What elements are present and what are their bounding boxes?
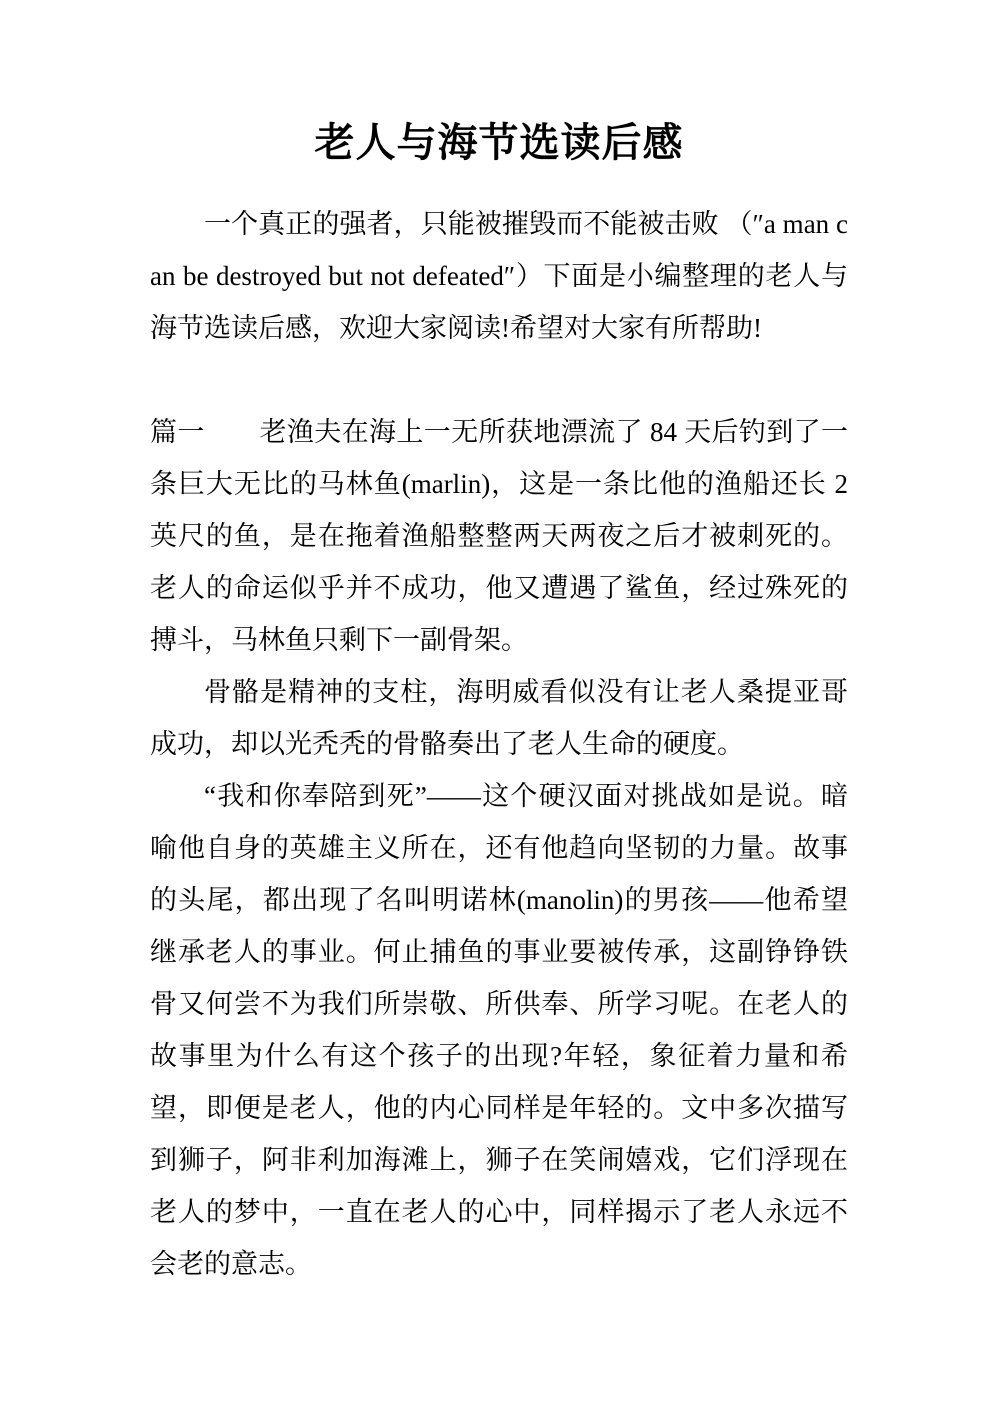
document-page: 老人与海节选读后感 一个真正的强者，只能被摧毁而不能被击败 （″a man ca… — [0, 0, 993, 1404]
page-title: 老人与海节选读后感 — [150, 115, 848, 171]
paragraph-quote: “我和你奉陪到死”——这个硬汉面对挑战如是说。暗喻他自身的英雄主义所在，还有他趋… — [150, 770, 848, 1290]
paragraph-skeleton: 骨骼是精神的支柱，海明威看似没有让老人桑提亚哥成功，却以光秃秃的骨骼奏出了老人生… — [150, 666, 848, 770]
paragraph-pian-yi: 篇一 老渔夫在海上一无所获地漂流了 84 天后钓到了一条巨大无比的马林鱼(mar… — [150, 406, 848, 666]
paragraph-intro: 一个真正的强者，只能被摧毁而不能被击败 （″a man can be destr… — [150, 198, 848, 354]
document-body: 老人与海节选读后感 一个真正的强者，只能被摧毁而不能被击败 （″a man ca… — [0, 115, 993, 1290]
